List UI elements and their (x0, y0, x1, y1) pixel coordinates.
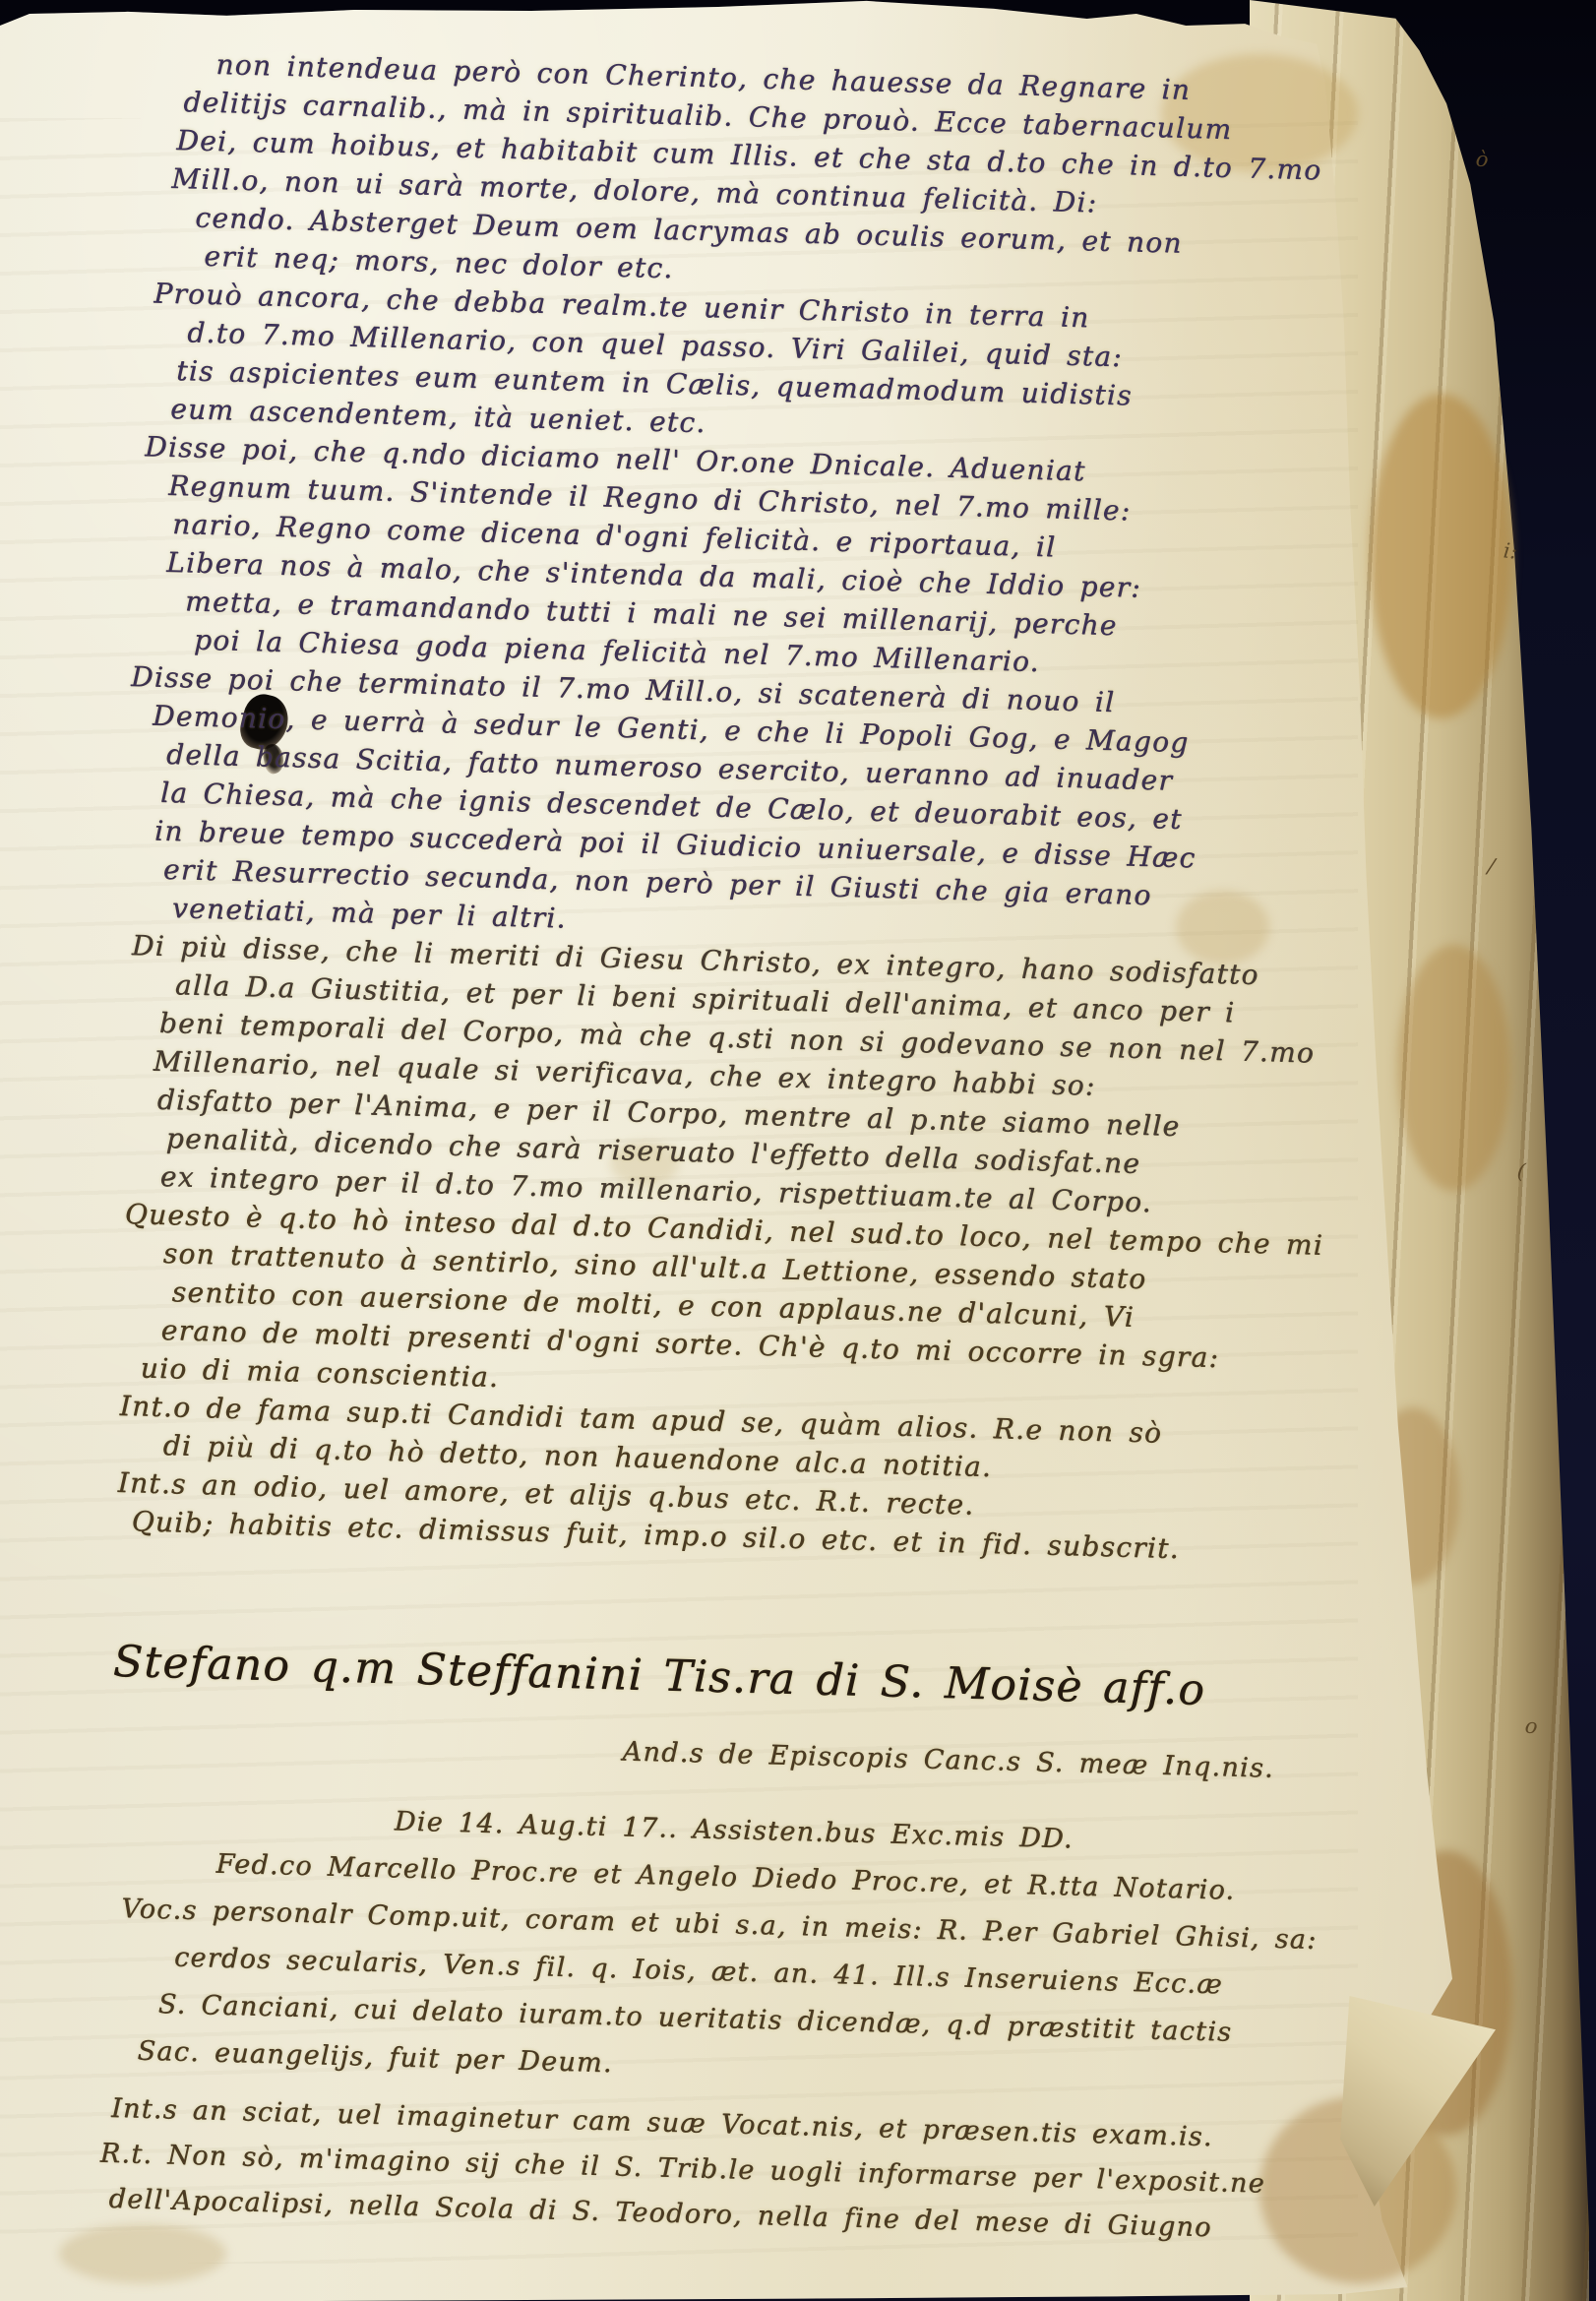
manuscript-paragraph: Disse poi che terminato il 7.mo Mill.o, … (123, 657, 1350, 958)
manuscript-paragraph: And.s de Episcopis Canc.s S. meæ Inq.nis… (100, 1715, 1321, 1792)
edge-stain (1397, 945, 1510, 1191)
manuscript-paragraph: Stefano q.m Steffanini Tis.ra di S. Mois… (102, 1623, 1324, 1731)
manuscript-line: And.s de Episcopis Canc.s S. meæ Inq.nis… (100, 1715, 1321, 1792)
edge-text-fragment: ò (1475, 147, 1490, 171)
edge-text-fragment: o (1524, 1713, 1539, 1738)
manuscript-paragraph: Voc.s personalr Comp.uit, coram et ubi s… (92, 1885, 1318, 2105)
manuscript-paragraph: Di più disse, che li meriti di Giesu Chr… (115, 926, 1342, 1226)
text-block: non intendeua però con Cherinto, che hau… (89, 43, 1366, 2254)
manuscript-line: Stefano q.m Steffanini Tis.ra di S. Mois… (102, 1623, 1324, 1731)
manuscript-photo: non intendeua però con Cherinto, che hau… (0, 0, 1596, 2301)
manuscript-paragraph: Questo è q.to hò inteso dal d.to Candidi… (110, 1195, 1335, 1418)
edge-text-fragment: i: (1503, 538, 1518, 563)
manuscript-paragraph: non intendeua però con Cherinto, che hau… (140, 43, 1366, 305)
edge-stain (1370, 394, 1512, 718)
manuscript-paragraph: Disse poi, che q.ndo diciamo nell' Or.on… (130, 427, 1356, 689)
paper-stain (59, 2224, 226, 2283)
